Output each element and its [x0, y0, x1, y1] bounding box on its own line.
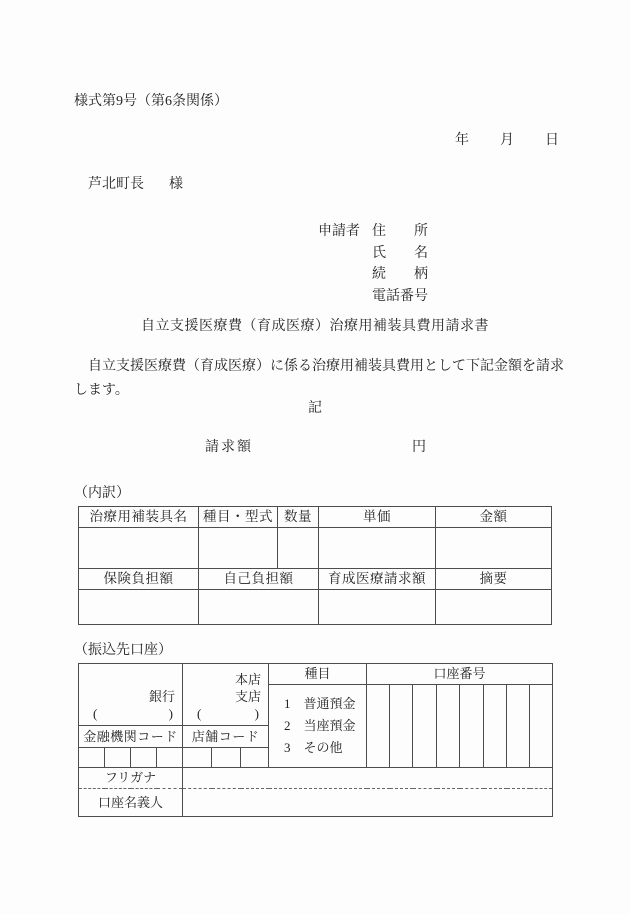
applicant-field-relation: 続 柄 [372, 264, 428, 286]
applicant-field-address: 住 所 [372, 221, 428, 243]
branch-code-label: 店舗コード [183, 726, 269, 748]
breakdown-cell-appliance-name [79, 528, 199, 569]
account-number-box [390, 685, 413, 768]
breakdown-cell-remarks [436, 590, 552, 625]
bank-account-caption: （振込先口座） [74, 641, 172, 661]
applicant-field-name: 氏 名 [372, 243, 428, 265]
bank-name-parens: ( ) [79, 705, 182, 725]
account-number-box [413, 685, 437, 768]
breakdown-header-insurance-share: 保険負担額 [79, 569, 199, 590]
breakdown-header-amount: 金額 [436, 507, 552, 528]
breakdown-cell-insurance-share [79, 590, 199, 625]
breakdown-cell-amount [436, 528, 552, 569]
institution-code-box [157, 748, 183, 768]
claim-amount-unit: 円 [412, 438, 426, 458]
breakdown-header-self-pay: 自己負担額 [199, 569, 319, 590]
breakdown-caption: （内訳） [74, 484, 130, 504]
branch-suffix-top: 本店 [183, 671, 268, 688]
breakdown-cell-type-model [199, 528, 278, 569]
account-holder-value-cell [183, 789, 553, 817]
record-mark: 記 [0, 399, 630, 419]
bank-account-table: 銀行 ( ) 本店 支店 ( ) 種目 口座番号 1 普通預金 2 当座預金 [78, 663, 553, 817]
branch-code-box [212, 748, 241, 768]
account-type-options: 1 普通預金 2 当座預金 3 その他 [269, 685, 367, 768]
branch-name-cell: 本店 支店 ( ) [183, 664, 269, 726]
breakdown-cell-self-pay [199, 590, 319, 625]
branch-code-box [183, 748, 212, 768]
applicant-fields: 住 所 氏 名 続 柄 電話番号 [372, 221, 428, 307]
branch-code-box [241, 748, 269, 768]
account-number-box [460, 685, 484, 768]
paren-open: ( [197, 705, 201, 722]
institution-code-box [79, 748, 105, 768]
breakdown-header-unit-price: 単価 [319, 507, 436, 528]
institution-code-label: 金融機関コード [79, 726, 183, 748]
breakdown-cell-unit-price [319, 528, 436, 569]
body-paragraph: 自立支援医療費（育成医療）に係る治療用補装具費用として下記金額を請求 します。 [74, 355, 564, 402]
document-title: 自立支援医療費（育成医療）治療用補装具費用請求書 [0, 317, 630, 337]
account-holder-label: 口座名義人 [79, 789, 183, 817]
account-type-header: 種目 [269, 664, 367, 685]
breakdown-header-quantity: 数量 [278, 507, 319, 528]
addressee-line: 芦北町長様 [88, 175, 183, 195]
breakdown-table: 治療用補装具名 種目・型式 数量 単価 金額 保険負担額 自己負担額 育成医療請… [78, 506, 552, 625]
breakdown-cell-ikusei-claim [319, 590, 436, 625]
paren-close: ) [255, 705, 259, 722]
institution-code-box [105, 748, 131, 768]
account-number-box [437, 685, 460, 768]
applicant-label: 申請者 [318, 221, 360, 243]
branch-name-parens: ( ) [183, 705, 268, 725]
account-type-option-ordinary: 1 普通預金 [284, 693, 366, 715]
breakdown-header-ikusei-claim: 育成医療請求額 [319, 569, 436, 590]
document-page: 様式第9号（第6条関係） 年 月 日 芦北町長様 申請者 住 所 氏 名 続 柄… [0, 0, 630, 915]
applicant-field-phone: 電話番号 [372, 286, 428, 308]
account-number-box [367, 685, 390, 768]
account-number-box [484, 685, 507, 768]
breakdown-header-type-model: 種目・型式 [199, 507, 278, 528]
account-type-option-other: 3 その他 [284, 737, 366, 759]
furigana-label: フリガナ [79, 768, 183, 789]
addressee-name: 芦北町長 [88, 177, 144, 192]
account-number-box [530, 685, 553, 768]
bank-suffix: 銀行 [79, 688, 182, 705]
paren-open: ( [93, 705, 97, 722]
account-number-header: 口座番号 [367, 664, 553, 685]
breakdown-cell-quantity [278, 528, 319, 569]
addressee-honorific: 様 [169, 177, 183, 192]
bank-name-cell: 銀行 ( ) [79, 664, 183, 726]
account-type-option-current: 2 当座預金 [284, 715, 366, 737]
account-number-box [507, 685, 530, 768]
form-number: 様式第9号（第6条関係） [74, 92, 228, 112]
branch-suffix-bottom: 支店 [183, 688, 268, 705]
furigana-value-cell [183, 768, 553, 789]
body-line-1: 自立支援医療費（育成医療）に係る治療用補装具費用として下記金額を請求 [74, 355, 564, 379]
institution-code-box [131, 748, 157, 768]
date-line: 年 月 日 [455, 131, 560, 151]
breakdown-header-remarks: 摘要 [436, 569, 552, 590]
breakdown-header-appliance-name: 治療用補装具名 [79, 507, 199, 528]
claim-amount-label: 請求額 [205, 438, 253, 458]
paren-close: ) [169, 705, 173, 722]
